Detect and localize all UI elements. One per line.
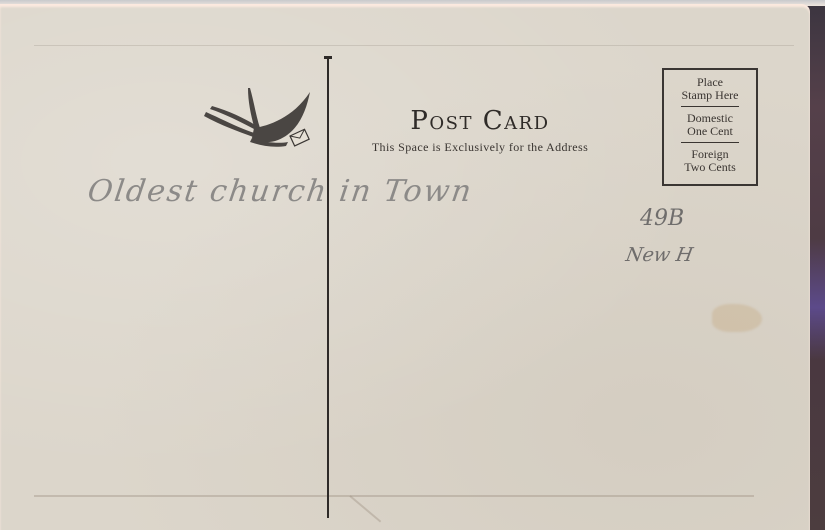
- faint-frame-line-top: [34, 45, 794, 46]
- handwritten-number: 49B: [640, 206, 684, 231]
- postcard-back: Post Card This Space is Exclusively for …: [0, 4, 810, 530]
- address-divider-line: [327, 58, 329, 518]
- stamp-place-line-2: Stamp Here: [664, 89, 756, 102]
- stamp-foreign-line-2: Two Cents: [664, 161, 756, 174]
- stamp-domestic-line-2: One Cent: [664, 125, 756, 138]
- address-space-caption: This Space is Exclusively for the Addres…: [340, 140, 620, 155]
- corner-crease: [349, 495, 381, 522]
- paper-stain: [712, 304, 762, 332]
- stamp-box-divider: [681, 142, 739, 143]
- faint-frame-line-bottom: [34, 495, 754, 497]
- swallow-icon: [198, 82, 323, 162]
- stamp-box: Place Stamp Here Domestic One Cent Forei…: [662, 68, 758, 186]
- handwritten-caption: Oldest church in Town: [86, 174, 476, 209]
- postcard-title: Post Card: [340, 106, 620, 136]
- handwritten-note: New H: [624, 244, 695, 266]
- stamp-box-divider: [681, 106, 739, 107]
